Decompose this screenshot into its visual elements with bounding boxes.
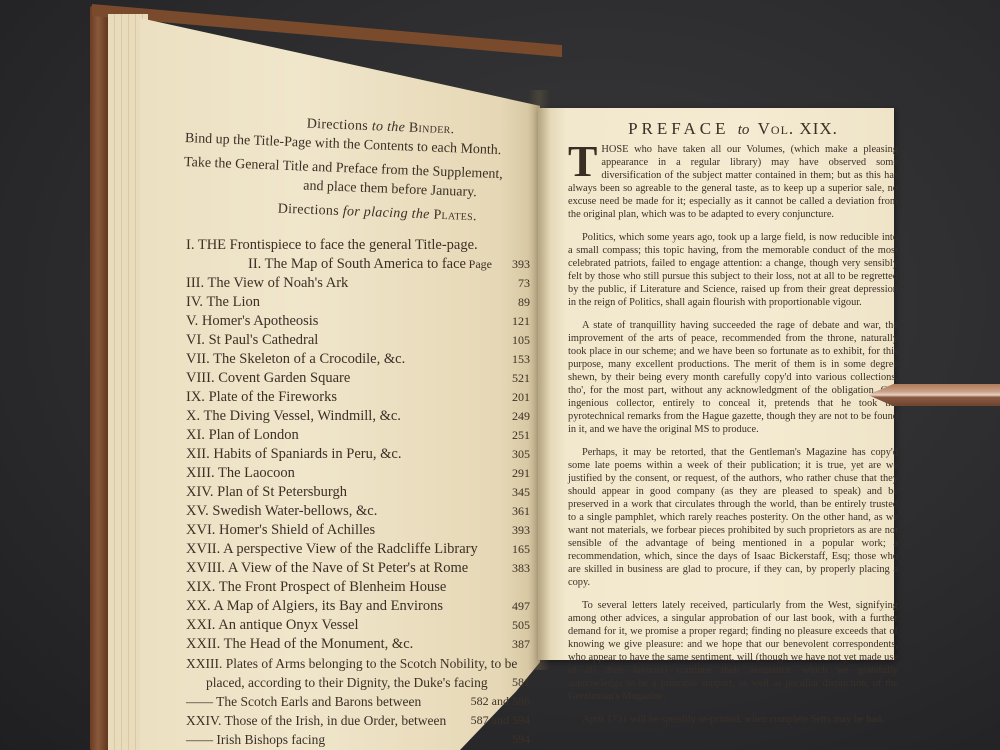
plate-row: I. THE Frontispiece to face the general … <box>186 236 530 255</box>
plate-row: X. The Diving Vessel, Windmill, &c.249 <box>186 407 530 426</box>
binder-directions: Directions to the Binder. Bind up the Ti… <box>182 112 536 227</box>
plate-row: II. The Map of South America to facePage… <box>186 255 530 274</box>
plate-row: IV. The Lion89 <box>186 293 530 312</box>
book-spine-cover <box>90 6 110 750</box>
plate-row: XXIV. Those of the Irish, in due Order, … <box>186 711 530 730</box>
plate-row: XI. Plan of London251 <box>186 426 530 445</box>
preface-paragraph: Politics, which some years ago, took up … <box>568 231 898 309</box>
plate-row: XXII. The Head of the Monument, &c.387 <box>186 635 530 654</box>
pointer-blade <box>868 384 1000 406</box>
plate-row: XXIII. Plates of Arms belonging to the S… <box>186 654 530 673</box>
plate-row: XVII. A perspective View of the Radcliff… <box>186 540 530 559</box>
plate-row: XII. Habits of Spaniards in Peru, &c.305 <box>186 445 530 464</box>
plate-row: XIV. Plan of St Petersburgh345 <box>186 483 530 502</box>
plate-row: VII. The Skeleton of a Crocodile, &c.153 <box>186 350 530 369</box>
plate-row: VI. St Paul's Cathedral105 <box>186 331 530 350</box>
dropcap: T <box>568 143 597 181</box>
plate-row: VIII. Covent Garden Square521 <box>186 369 530 388</box>
preface-title: PREFACE to Vol. XIX. <box>568 122 898 137</box>
preface: PREFACE to Vol. XIX. THOSE who have take… <box>568 122 898 726</box>
plate-row: IX. Plate of the Fireworks201 <box>186 388 530 407</box>
preface-paragraph: THOSE who have taken all our Volumes, (w… <box>568 143 898 221</box>
plate-row: XVI. Homer's Shield of Achilles393 <box>186 521 530 540</box>
preface-paragraph: A state of tranquillity having succeeded… <box>568 319 898 436</box>
plate-row: —— Irish Bishops facing594 <box>186 730 530 749</box>
plate-row: III. The View of Noah's Ark73 <box>186 274 530 293</box>
plate-row: XIII. The Laocoon291 <box>186 464 530 483</box>
plate-row: XX. A Map of Algiers, its Bay and Enviro… <box>186 597 530 616</box>
plate-row: —— The Scotch Earls and Barons between58… <box>186 692 530 711</box>
plates-list: I. THE Frontispiece to face the general … <box>186 236 530 749</box>
plate-row: placed, according to their Dignity, the … <box>186 673 530 692</box>
plate-row: XV. Swedish Water-bellows, &c.361 <box>186 502 530 521</box>
plate-row: XVIII. A View of the Nave of St Peter's … <box>186 559 530 578</box>
plate-row: XXI. An antique Onyx Vessel505 <box>186 616 530 635</box>
preface-paragraph: To several letters lately received, part… <box>568 599 898 703</box>
plate-row: V. Homer's Apotheosis121 <box>186 312 530 331</box>
preface-footer: April 1731 will be speedily re-printed, … <box>568 713 898 726</box>
plate-row: XIX. The Front Prospect of Blenheim Hous… <box>186 578 530 597</box>
preface-paragraph: Perhaps, it may be retorted, that the Ge… <box>568 446 898 589</box>
